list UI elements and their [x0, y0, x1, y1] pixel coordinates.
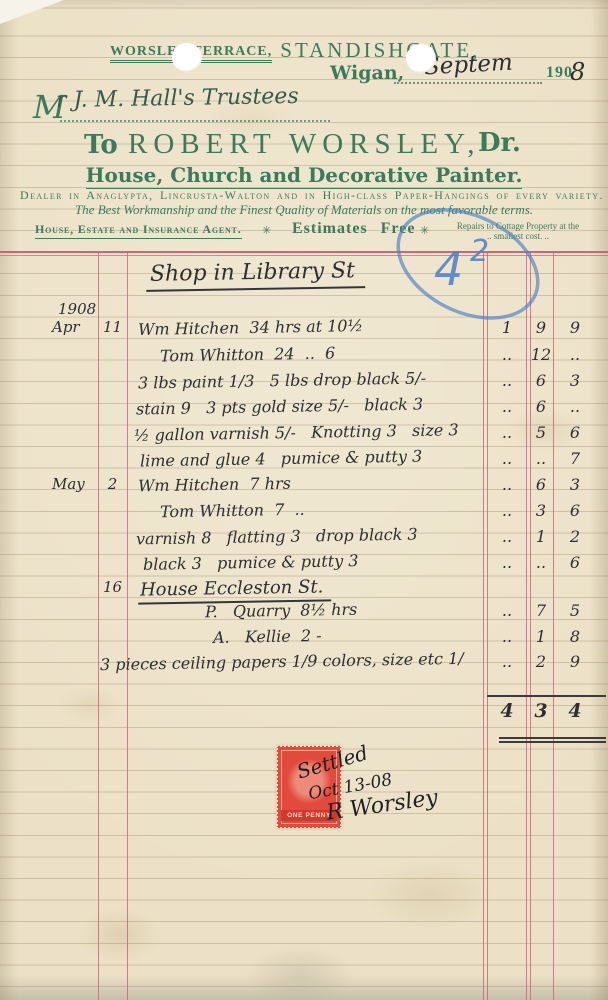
total-pounds: 4 [488, 700, 526, 722]
entry-pence: 3 [552, 475, 598, 494]
entry-pence: .. [552, 397, 598, 416]
entry-description: lime and glue 4 pumice & putty 3 [140, 447, 422, 471]
entry-description: ½ gallon varnish 5/- Knotting 3 size 3 [134, 420, 459, 445]
entry-pounds: .. [488, 449, 526, 468]
ledger-row: ½ gallon varnish 5/- Knotting 3 size 3 .… [0, 423, 608, 449]
entry-pounds: .. [488, 601, 526, 620]
entry-description: Wm Hitchen 7 hrs [138, 474, 291, 496]
total-double-rule-b [499, 741, 606, 743]
entry-pence: .. [552, 345, 598, 364]
entry-shillings: 1 [528, 627, 554, 646]
entry-shillings: .. [528, 449, 554, 468]
entry-shillings: .. [528, 553, 554, 572]
entry-shillings: 6 [528, 475, 554, 494]
agent-line: House, Estate and Insurance Agent. [35, 222, 242, 239]
entry-shillings: 1 [528, 527, 554, 546]
file-number-digit-2: 2 [470, 234, 489, 269]
entry-month: Apr [52, 318, 98, 336]
entry-pence: 6 [552, 423, 598, 442]
file-number-digit-4: 4 [434, 242, 463, 296]
debtor-abbreviation: Dr. [478, 128, 521, 158]
ledger-year: 1908 [58, 300, 96, 318]
entry-description: 3 lbs paint 1/3 5 lbs drop black 5/- [138, 368, 426, 392]
entry-pounds: .. [488, 527, 526, 546]
entry-pence: 6 [552, 553, 598, 572]
entry-description: stain 9 3 pts gold size 5/- black 3 [136, 394, 423, 418]
ledger-row: stain 9 3 pts gold size 5/- black 3 .. 6… [0, 397, 608, 423]
entry-pounds: .. [488, 627, 526, 646]
blue-pencil-circle [384, 198, 554, 338]
date-printed-century: 190 [546, 64, 573, 82]
entry-description: P. Quarry 8½ hrs [205, 600, 358, 622]
torn-corner [0, 0, 64, 24]
entry-day: 2 [99, 475, 126, 493]
entry-description: A. Kellie 2 - [213, 626, 322, 647]
ledger-row: P. Quarry 8½ hrs .. 7 5 [0, 601, 608, 627]
entry-description: black 3 pumice & putty 3 [143, 551, 359, 574]
entry-day: 16 [99, 578, 126, 596]
proprietor-name: ROBERT WORSLEY, [128, 128, 481, 161]
trade-line: House, Church and Decorative Painter. [0, 163, 608, 187]
total-pence: 4 [552, 700, 598, 722]
total-row: 4 3 4 [0, 700, 608, 726]
entry-shillings: 3 [528, 501, 554, 520]
entry-pounds: .. [488, 423, 526, 442]
entry-pounds: .. [488, 371, 526, 390]
entry-pence: 3 [552, 371, 598, 390]
invoice-document: WORSLEY TERRACE,STANDISHGATE, Wigan, 190… [0, 0, 608, 1000]
star-ornament-left: ✳ [262, 224, 271, 237]
to-ornament: To [84, 130, 118, 160]
entry-pounds: 1 [488, 318, 526, 337]
hole-punch-right [406, 44, 436, 73]
billed-to-name: r J. M. Hall's Trustees [56, 84, 299, 113]
handwritten-year-digit: 8 [570, 58, 585, 86]
ledger-row: black 3 pumice & putty 3 .. .. 6 [0, 553, 608, 579]
entry-pounds: .. [488, 345, 526, 364]
entry-shillings: 9 [528, 318, 554, 337]
address-line: WORSLEY TERRACE,STANDISHGATE, [110, 38, 450, 63]
ledger-row: 3 lbs paint 1/3 5 lbs drop black 5/- .. … [0, 371, 608, 397]
entry-pence: 7 [552, 449, 598, 468]
ledger-row: May 2 Wm Hitchen 7 hrs .. 6 3 [0, 475, 608, 501]
ledger-row: Tom Whitton 7 .. .. 3 6 [0, 501, 608, 527]
entry-pounds: .. [488, 553, 526, 572]
entry-description: 3 pieces ceiling papers 1/9 colors, size… [100, 649, 464, 674]
entry-shillings: 7 [528, 601, 554, 620]
entry-description: Tom Whitton 7 .. [160, 500, 305, 522]
entry-shillings: 6 [528, 397, 554, 416]
entry-description: Wm Hitchen 34 hrs at 10½ [138, 316, 363, 339]
entry-month: May [52, 475, 98, 493]
entry-pence: 5 [552, 601, 598, 620]
entry-pounds: .. [488, 652, 526, 671]
job-heading-library-st: Shop in Library St [146, 258, 365, 292]
entry-shillings: 12 [528, 345, 554, 364]
entry-pence: 9 [552, 652, 598, 671]
ledger-row: 3 pieces ceiling papers 1/9 colors, size… [0, 652, 608, 678]
entry-shillings: 6 [528, 371, 554, 390]
ledger-row: lime and glue 4 pumice & putty 3 .. .. 7 [0, 449, 608, 475]
entry-day: 11 [99, 318, 126, 336]
total-rule [487, 695, 606, 697]
entry-pence: 6 [552, 501, 598, 520]
entry-description: varnish 8 flatting 3 drop black 3 [136, 525, 418, 549]
entry-pence: 8 [552, 627, 598, 646]
entry-description: Tom Whitton 24 .. 6 [160, 343, 336, 365]
ledger-row: varnish 8 flatting 3 drop black 3 .. 1 2 [0, 527, 608, 553]
ledger-row: A. Kellie 2 - .. 1 8 [0, 627, 608, 653]
total-shillings: 3 [528, 700, 554, 722]
entry-pounds: .. [488, 501, 526, 520]
ledger-row: Tom Whitton 24 .. 6 .. 12 .. [0, 345, 608, 371]
entry-pence: 2 [552, 527, 598, 546]
ledger-row: Apr 11 Wm Hitchen 34 hrs at 10½ 1 9 9 [0, 318, 608, 344]
total-double-rule-a [499, 737, 606, 739]
handwritten-month: Septem [423, 50, 513, 81]
entry-pence: 9 [552, 318, 598, 337]
entry-shillings: 2 [528, 652, 554, 671]
entry-shillings: 5 [528, 423, 554, 442]
entry-pounds: .. [488, 397, 526, 416]
entry-pounds: .. [488, 475, 526, 494]
hole-punch-left [172, 43, 202, 72]
